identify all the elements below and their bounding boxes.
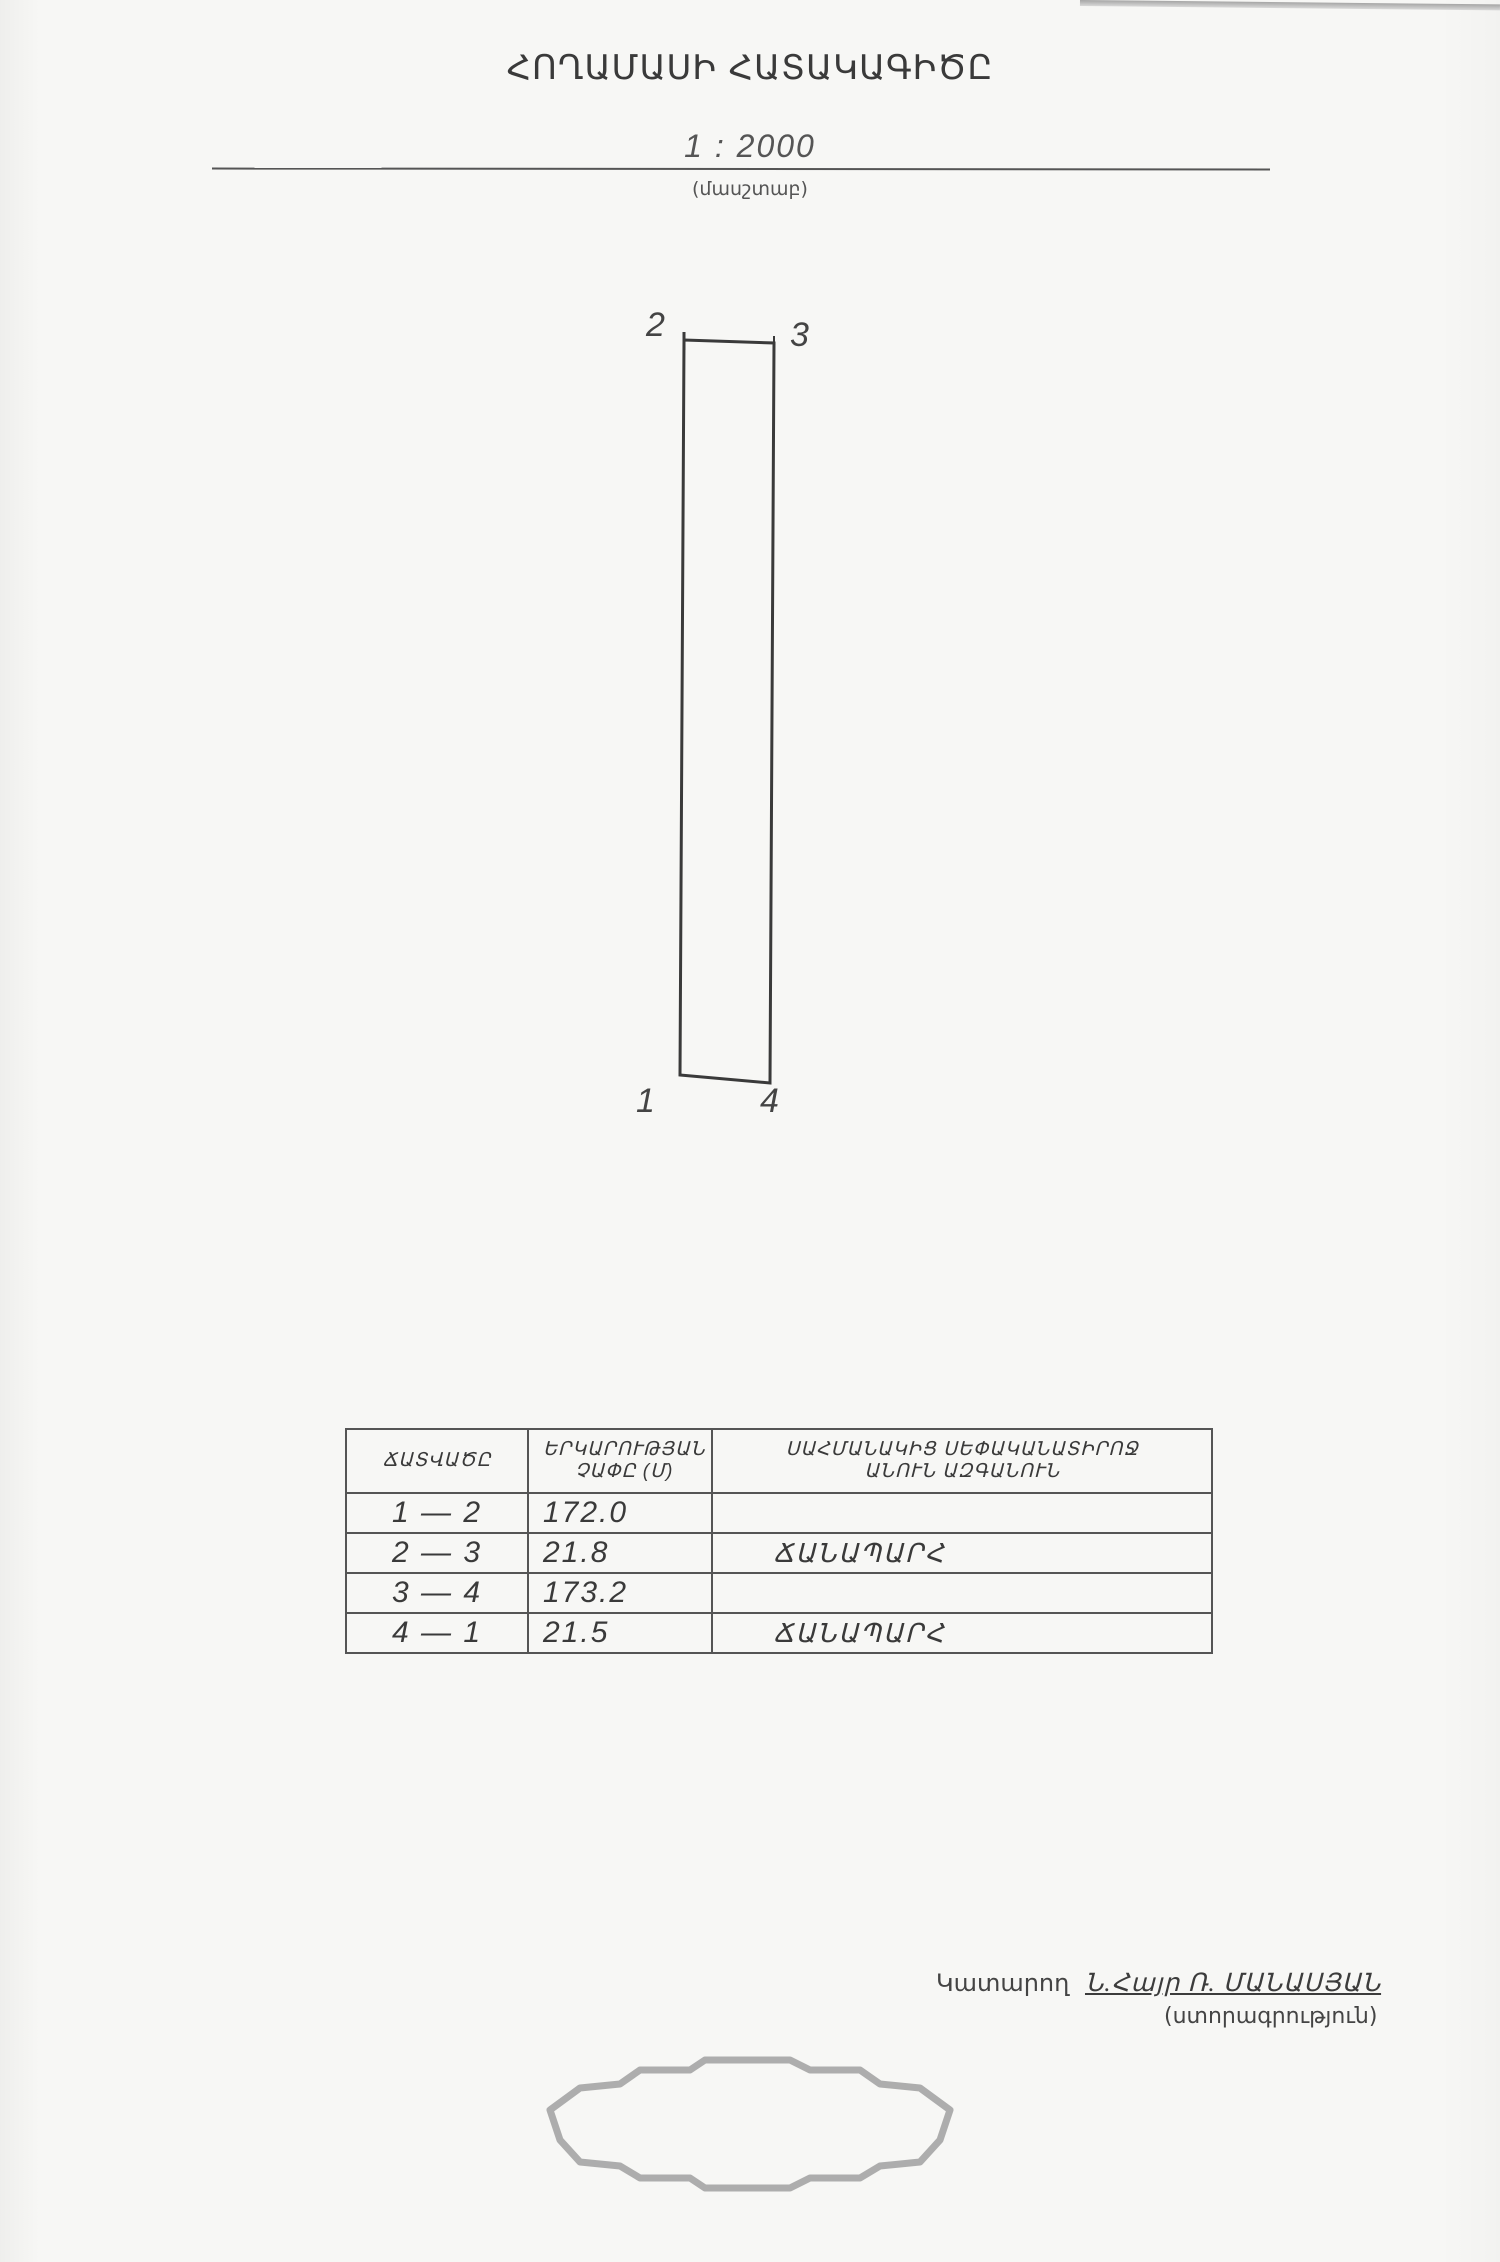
plot-outline — [680, 340, 774, 1083]
header-length: ԵՐԿԱՐՈՒԹՅԱՆ ՉԱՓԸ (Մ) — [528, 1429, 712, 1493]
cell-owner — [712, 1493, 1212, 1533]
cell-segment: 2 — 3 — [346, 1533, 528, 1573]
stamp-cartouche-icon — [520, 2040, 980, 2220]
performer-label: Կատարող — [936, 1969, 1069, 1997]
table-row: 3 — 4 173.2 — [346, 1573, 1212, 1613]
performer-line: Կատարող Ն.Հայր Ռ. ՄԱՆԱՍՅԱՆ — [936, 1968, 1381, 1998]
point-label-2: 2 — [646, 306, 665, 345]
cell-segment: 1 — 2 — [346, 1493, 528, 1533]
table-header-row: ՃԱՏՎԱԾԸ ԵՐԿԱՐՈՒԹՅԱՆ ՉԱՓԸ (Մ) ՍԱՀՄԱՆԱԿԻՑ … — [346, 1429, 1212, 1493]
cell-segment: 3 — 4 — [346, 1573, 528, 1613]
cell-owner: ՃԱՆԱՊԱՐՀ — [712, 1533, 1212, 1573]
point-label-1: 1 — [636, 1082, 655, 1121]
cell-owner — [712, 1573, 1212, 1613]
table-row: 2 — 3 21.8 ՃԱՆԱՊԱՐՀ — [346, 1533, 1212, 1573]
cell-length: 21.5 — [528, 1613, 712, 1653]
cell-length: 21.8 — [528, 1533, 712, 1573]
point-label-3: 3 — [790, 316, 809, 355]
cell-segment: 4 — 1 — [346, 1613, 528, 1653]
point-label-4: 4 — [760, 1082, 779, 1121]
cell-owner: ՃԱՆԱՊԱՐՀ — [712, 1613, 1212, 1653]
cell-length: 173.2 — [528, 1573, 712, 1613]
signature-caption: (ստորագրություն) — [1164, 2004, 1377, 2029]
table-row: 1 — 2 172.0 — [346, 1493, 1212, 1533]
header-adjacent-owner: ՍԱՀՄԱՆԱԿԻՑ ՍԵՓԱԿԱՆԱՏԻՐՈՋ ԱՆՈՒՆ ԱԶԳԱՆՈՒՆ — [712, 1429, 1212, 1493]
land-plot-drawing — [0, 0, 1500, 1200]
header-segment: ՃԱՏՎԱԾԸ — [346, 1429, 528, 1493]
cell-length: 172.0 — [528, 1493, 712, 1533]
table-row: 4 — 1 21.5 ՃԱՆԱՊԱՐՀ — [346, 1613, 1212, 1653]
performer-signature: Ն.Հայր Ռ. ՄԱՆԱՍՅԱՆ — [1085, 1970, 1381, 1997]
segments-table: ՃԱՏՎԱԾԸ ԵՐԿԱՐՈՒԹՅԱՆ ՉԱՓԸ (Մ) ՍԱՀՄԱՆԱԿԻՑ … — [345, 1428, 1213, 1654]
header-owner-line2: ԱՆՈՒՆ ԱԶԳԱՆՈՒՆ — [719, 1461, 1205, 1483]
header-owner-line1: ՍԱՀՄԱՆԱԿԻՑ ՍԵՓԱԿԱՆԱՏԻՐՈՋ — [719, 1439, 1205, 1461]
